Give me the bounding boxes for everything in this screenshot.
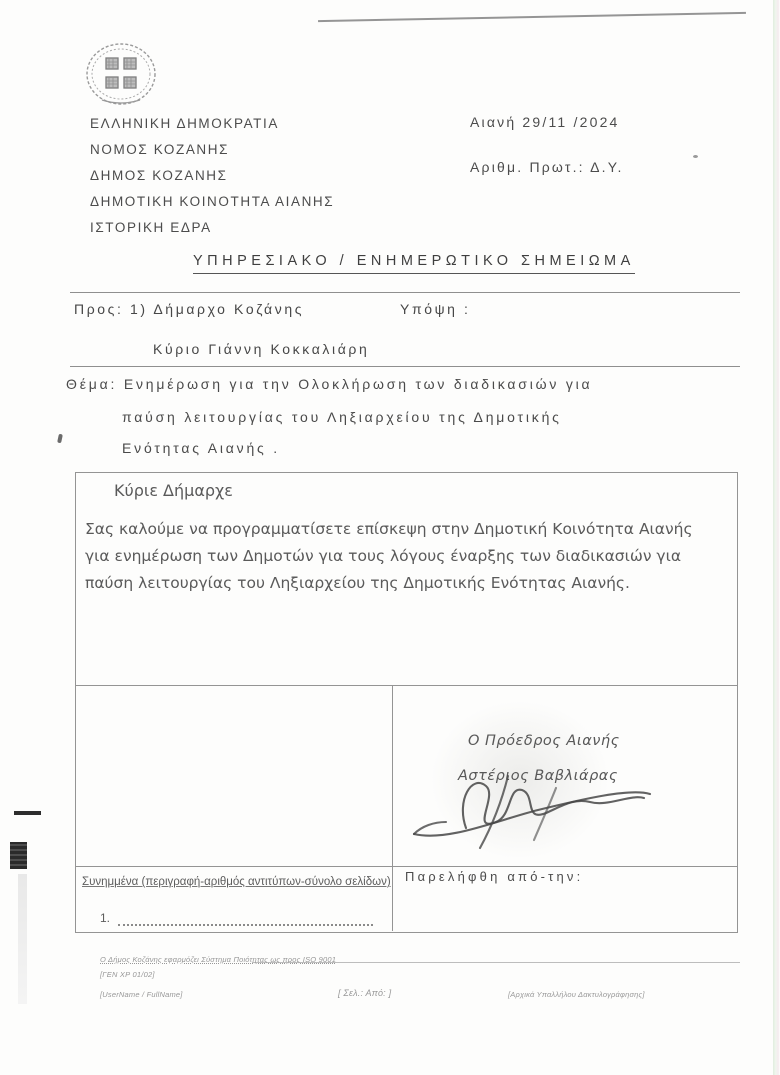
scanned-memo-page: ΕΛΛΗΝΙΚΗ ΔΗΜΟΚΡΑΤΙΑ ΝΟΜΟΣ ΚΟΖΑΝΗΣ ΔΗΜΟΣ … — [0, 0, 780, 1075]
footer-username: [UserName / FullName] — [100, 990, 183, 999]
attachments-label: Συνημμένα (περιγραφή-αριθμός αντιτύπων-σ… — [82, 871, 394, 894]
footer-pages: [ Σελ.: Από: ] — [338, 988, 391, 998]
attention-label: Υπόψη : — [400, 301, 471, 317]
divider-rule-subject — [70, 366, 740, 367]
header-line-municipality: ΔΗΜΟΣ ΚΟΖΑΝΗΣ — [90, 168, 228, 183]
recipient-to-line: Προς: 1) Δήμαρχο Κοζάνης — [74, 301, 304, 317]
signature-scribble-icon — [408, 758, 658, 853]
margin-dash-mark — [14, 811, 41, 815]
scan-dot-mark — [693, 155, 698, 158]
handwritten-signature — [408, 758, 658, 858]
divider-rule-top — [70, 292, 740, 293]
salutation: Κύριε Δήμαρχε — [114, 481, 233, 500]
header-line-community: ΔΗΜΟΤΙΚΗ ΚΟΙΝΟΤΗΤΑ ΑΙΑΝΗΣ — [90, 194, 334, 209]
subject-margin-tick — [57, 434, 63, 444]
scan-right-edge-strip — [773, 0, 780, 1075]
signature-role: Ο Πρόεδρος Αιανής — [468, 733, 620, 749]
protocol-number-line: Αριθμ. Πρωτ.: Δ.Υ. — [470, 159, 624, 175]
footer-code: [ΓΕΝ ΧΡ 01/02] — [100, 970, 155, 979]
municipal-emblem-logo — [82, 40, 160, 115]
received-by-label: Παρελήφθη από-την: — [405, 869, 583, 884]
header-line-republic: ΕΛΛΗΝΙΚΗ ΔΗΜΟΚΡΑΤΙΑ — [90, 116, 279, 131]
margin-smudge — [18, 874, 27, 1004]
header-line-historic-seat: ΙΣΤΟΡΙΚΗ ΕΔΡΑ — [90, 220, 212, 235]
recipient-person: Κύριο Γιάννη Κοκκαλιάρη — [153, 341, 369, 357]
table-column-divider — [392, 685, 393, 931]
footer-quality-line: Ο Δήμος Κοζάνης εφαρμόζει Σύστημα Ποιότη… — [100, 955, 336, 964]
footer-clerk: [Αρχικά Υπαλλήλου Δακτυλογράφησης] — [508, 990, 645, 999]
subject-line-1: Θέμα: Ενημέρωση για την Ολοκλήρωση των δ… — [66, 376, 592, 392]
table-row-divider-2 — [75, 866, 737, 867]
date-line: Αιανή 29/11 /2024 — [470, 114, 620, 130]
table-row-divider-1 — [75, 685, 737, 686]
emblem-icon — [82, 40, 160, 110]
scan-top-edge-line — [318, 12, 746, 22]
margin-block-mark — [10, 842, 27, 869]
subject-line-3: Ενότητας Αιανής . — [122, 440, 280, 456]
subject-line-2: παύση λειτουργίας του Ληξιαρχείου της Δη… — [122, 409, 562, 425]
attachment-item-number: 1. — [100, 911, 110, 925]
attachment-dotted-fill-line — [118, 924, 373, 926]
body-paragraph: Σας καλούμε να προγραμματίσετε επίσκεψη … — [85, 516, 713, 597]
header-line-prefecture: ΝΟΜΟΣ ΚΟΖΑΝΗΣ — [90, 142, 229, 157]
document-title: ΥΠΗΡΕΣΙΑΚΟ / ΕΝΗΜΕΡΩΤΙΚΟ ΣΗΜΕΙΩΜΑ — [193, 253, 635, 274]
